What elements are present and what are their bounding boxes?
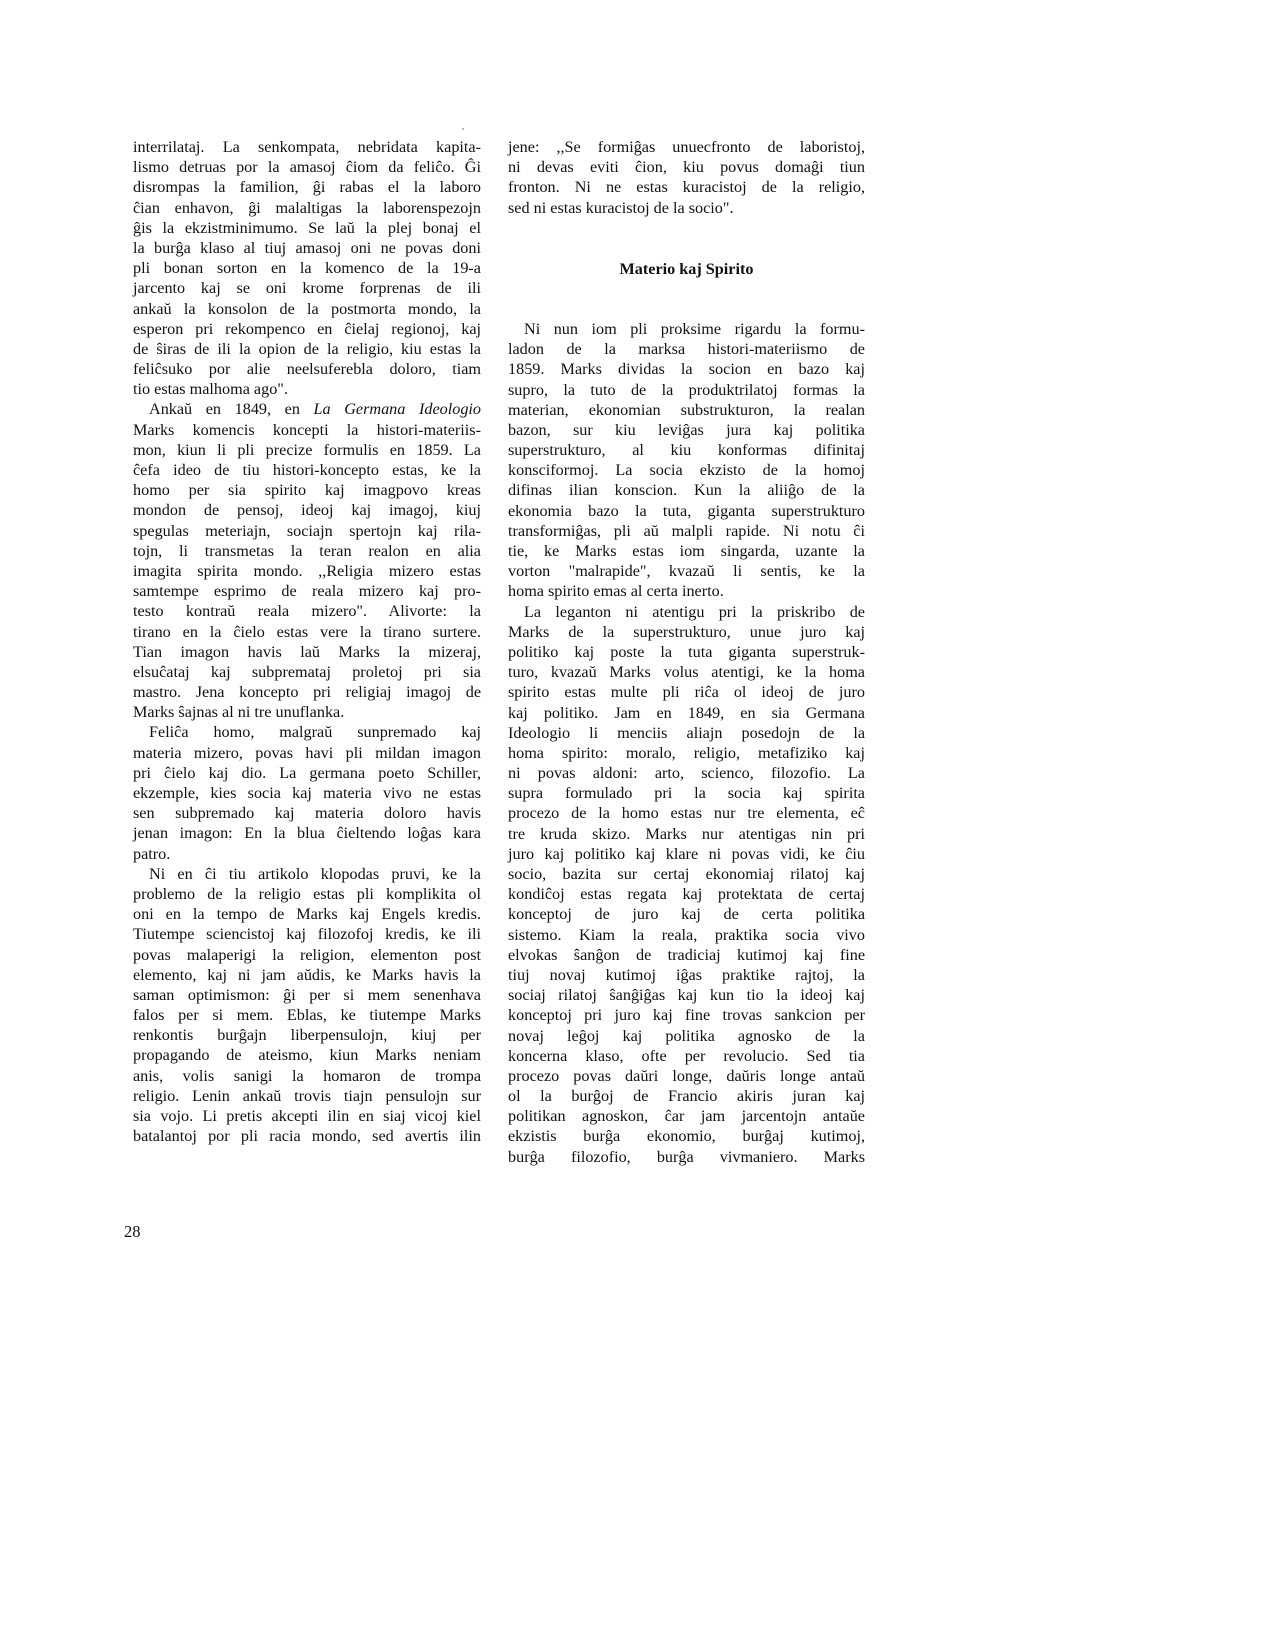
line-text: Tian imagon havis laŭ Marks la mizeraj, xyxy=(133,643,481,661)
line-text: Marks ŝajnas al ni tre unuflanka. xyxy=(133,703,344,721)
line-text: spirito estas multe pli riĉa ol ideoj de… xyxy=(508,683,865,701)
line-text: kaj politiko. Jam en 1849, en sia German… xyxy=(508,704,865,722)
page-number: 28 xyxy=(124,1222,141,1242)
text-line: transformiĝas, pli aŭ malpli rapide. Ni … xyxy=(508,521,865,541)
line-text: homa spirito emas al certa inerto. xyxy=(508,582,724,600)
line-text: samtempe esprimo de reala mizero kaj pro… xyxy=(133,582,481,600)
line-text: politiko kaj poste la tuta giganta super… xyxy=(508,643,865,661)
text-line: elsuĉataj kaj subpremataj proletoj pri s… xyxy=(133,662,481,682)
line-text: interrilataj. La senkompata, nebridata k… xyxy=(133,138,481,156)
text-line: burĝa filozofio, burĝa vivmaniero. Marks xyxy=(508,1147,865,1167)
text-line: Marks komencis koncepti la histori-mater… xyxy=(133,420,481,440)
line-text: Ankaŭ en 1849, en xyxy=(149,400,314,418)
text-line: sen subpremado kaj materia doloro havis xyxy=(133,803,481,823)
text-line: disrompas la familion, ĝi rabas el la la… xyxy=(133,177,481,197)
line-text: sia vojo. Li pretis akcepti ilin en siaj… xyxy=(133,1107,481,1125)
line-text: spegulas meteriajn, sociajn spertojn kaj… xyxy=(133,522,481,540)
text-line: politiko kaj poste la tuta giganta super… xyxy=(508,642,865,662)
text-line: ladon de la marksa histori-materiismo de xyxy=(508,339,865,359)
line-text: anis, volis sanigi la homaron de trompa xyxy=(133,1067,481,1085)
text-line: ĝis la ekzistminimumo. Se laŭ la plej bo… xyxy=(133,218,481,238)
text-line: homa spirito emas al certa inerto. xyxy=(508,581,865,601)
line-text: ĝis la ekzistminimumo. Se laŭ la plej bo… xyxy=(133,219,481,237)
text-line: ni povas aldoni: arto, scienco, filozofi… xyxy=(508,763,865,783)
line-text: jenan imagon: En la blua ĉieltendo loĝas… xyxy=(133,824,481,842)
line-text: pli bonan sorton en la komenco de la 19-… xyxy=(133,259,481,277)
text-line: patro. xyxy=(133,844,481,864)
line-text: pri ĉielo kaj dio. La germana poeto Schi… xyxy=(133,764,481,782)
text-line: pli bonan sorton en la komenco de la 19-… xyxy=(133,258,481,278)
line-text: procezo povas daŭri longe, daŭris longe … xyxy=(508,1067,865,1085)
line-text: patro. xyxy=(133,845,170,863)
text-line: ol la burĝoj de Francio akiris juran kaj xyxy=(508,1086,865,1106)
text-line: tiuj novaj kutimoj iĝas praktike rajtoj,… xyxy=(508,965,865,985)
text-line: imagita spirita mondo. ,,Religia mizero … xyxy=(133,561,481,581)
line-text: procezo de la homo estas nur tre element… xyxy=(508,804,865,822)
left-column: interrilataj. La senkompata, nebridata k… xyxy=(133,137,481,1146)
text-line: spirito estas multe pli riĉa ol ideoj de… xyxy=(508,682,865,702)
text-line: juro kaj politiko kaj klare ni povas vid… xyxy=(508,844,865,864)
text-line: procezo povas daŭri longe, daŭris longe … xyxy=(508,1066,865,1086)
text-line: anis, volis sanigi la homaron de trompa xyxy=(133,1066,481,1086)
text-line: homa spirito: moralo, religio, metafizik… xyxy=(508,743,865,763)
line-text: mon, kiun li pli precize formulis en 185… xyxy=(133,441,481,459)
line-text: difinas ilian konscion. Kun la aliiĝo de… xyxy=(508,481,865,499)
line-text: propagando de ateismo, kiun Marks neniam xyxy=(133,1046,481,1064)
line-text: konceptoj de juro kaj de certa politika xyxy=(508,905,865,923)
document-page: interrilataj. La senkompata, nebridata k… xyxy=(0,0,1275,1650)
line-text: novaj leĝoj kaj politika agnosko de la xyxy=(508,1027,865,1045)
text-line: Tian imagon havis laŭ Marks la mizeraj, xyxy=(133,642,481,662)
text-line: homo per sia spirito kaj imagpovo kreas xyxy=(133,480,481,500)
text-line: povas malaperigi la religion, elementon … xyxy=(133,945,481,965)
line-text: koncerna klaso, ofte per revolucio. Sed … xyxy=(508,1047,865,1065)
text-line: elemento, kaj ni jam aŭdis, ke Marks hav… xyxy=(133,965,481,985)
text-line: materian, ekonomian substrukturon, la re… xyxy=(508,400,865,420)
text-line: esperon pri rekompenco en ĉielaj regiono… xyxy=(133,319,481,339)
line-text: Ni nun iom pli proksime rigardu la formu… xyxy=(524,320,865,338)
line-text: mastro. Jena koncepto pri religiaj imago… xyxy=(133,683,481,701)
line-text: ni devas eviti ĉion, kiu povus domaĝi ti… xyxy=(508,158,865,176)
line-text: materian, ekonomian substrukturon, la re… xyxy=(508,401,865,419)
right-column: jene: ,,Se formiĝas unuecfronto de labor… xyxy=(508,137,865,1167)
text-line: pri ĉielo kaj dio. La germana poeto Schi… xyxy=(133,763,481,783)
text-line: ankaŭ la konsolon de la postmorta mondo,… xyxy=(133,299,481,319)
line-text: Feliĉa homo, malgraŭ sunpremado kaj xyxy=(149,723,481,741)
line-text: ol la burĝoj de Francio akiris juran kaj xyxy=(508,1087,865,1105)
text-line: Tiutempe sciencistoj kaj filozofoj kredi… xyxy=(133,924,481,944)
line-text: supra formulado pri la socia kaj spirita xyxy=(508,784,865,802)
text-line: turo, kvazaŭ Marks volus atentigi, ke la… xyxy=(508,662,865,682)
text-line: jene: ,,Se formiĝas unuecfronto de labor… xyxy=(508,137,865,157)
line-text: ankaŭ la konsolon de la postmorta mondo,… xyxy=(133,300,481,318)
line-text: religio. Lenin ankaŭ trovis tiajn pensul… xyxy=(133,1087,481,1105)
text-line: mondon de pensoj, ideoj kaj imagoj, kiuj xyxy=(133,500,481,520)
line-text: vorton "malrapide", kvazaŭ li sentis, ke… xyxy=(508,562,865,580)
line-text: sociaj rilatoj ŝanĝiĝas kaj kun tio la i… xyxy=(508,986,865,1004)
text-line: mastro. Jena koncepto pri religiaj imago… xyxy=(133,682,481,702)
text-line: feliĉsuko por alie neelsuferebla doloro,… xyxy=(133,359,481,379)
line-text: homo per sia spirito kaj imagpovo kreas xyxy=(133,481,481,499)
line-text: de ŝiras de ili la opion de la religio, … xyxy=(133,340,481,358)
line-text: fronton. Ni ne estas kuracistoj de la re… xyxy=(508,178,865,196)
line-text: ekzistis burĝa ekonomio, burĝaj kutimoj, xyxy=(508,1127,865,1145)
line-text: politikan agnoskon, ĉar jam jarcentojn a… xyxy=(508,1107,865,1125)
right-column-intro: jene: ,,Se formiĝas unuecfronto de labor… xyxy=(508,137,865,218)
text-line: difinas ilian konscion. Kun la aliiĝo de… xyxy=(508,480,865,500)
text-line: Ni en ĉi tiu artikolo klopodas pruvi, ke… xyxy=(133,864,481,884)
line-text: turo, kvazaŭ Marks volus atentigi, ke la… xyxy=(508,663,865,681)
line-text: oni en la tempo de Marks kaj Engels kred… xyxy=(133,905,481,923)
line-text: jarcento kaj se oni krome forprenas de i… xyxy=(133,279,481,297)
text-line: novaj leĝoj kaj politika agnosko de la xyxy=(508,1026,865,1046)
line-text: tio estas malhoma ago". xyxy=(133,380,288,398)
text-line: supra formulado pri la socia kaj spirita xyxy=(508,783,865,803)
line-text: elsuĉataj kaj subpremataj proletoj pri s… xyxy=(133,663,481,681)
line-text: mondon de pensoj, ideoj kaj imagoj, kiuj xyxy=(133,501,481,519)
text-line: problemo de la religio estas pli komplik… xyxy=(133,884,481,904)
text-line: Ideologio li menciis aliajn posedojn de … xyxy=(508,723,865,743)
line-text: Marks de la superstrukturo, unue juro ka… xyxy=(508,623,865,641)
line-text: bazon, sur kiu leviĝas jura kaj politika xyxy=(508,421,865,439)
text-line: sed ni estas kuracistoj de la socio". xyxy=(508,198,865,218)
text-line: Marks ŝajnas al ni tre unuflanka. xyxy=(133,702,481,722)
text-line: 1859. Marks dividas la socion en bazo ka… xyxy=(508,359,865,379)
line-text: elemento, kaj ni jam aŭdis, ke Marks hav… xyxy=(133,966,481,984)
text-line: jenan imagon: En la blua ĉieltendo loĝas… xyxy=(133,823,481,843)
text-line: batalantoj por pli racia mondo, sed aver… xyxy=(133,1126,481,1146)
text-line: konsciformoj. La socia ekzisto de la hom… xyxy=(508,460,865,480)
line-text: lismo detruas por la amasoj ĉiom da feli… xyxy=(133,158,481,176)
line-text: kondiĉoj estas regata kaj protektata de … xyxy=(508,885,865,903)
line-text: ekonomia bazo la tuta, giganta superstru… xyxy=(508,502,865,520)
line-text: 1859. Marks dividas la socion en bazo ka… xyxy=(508,360,865,378)
line-text: tie, ke Marks estas iom singarda, uzante… xyxy=(508,542,865,560)
text-line: superstrukturo, al kiu konformas difinit… xyxy=(508,440,865,460)
line-text: jene: ,,Se formiĝas unuecfronto de labor… xyxy=(508,138,865,156)
text-line: Feliĉa homo, malgraŭ sunpremado kaj xyxy=(133,722,481,742)
line-text: ĉefa ideo de tiu histori-koncepto estas,… xyxy=(133,461,481,479)
text-line: de ŝiras de ili la opion de la religio, … xyxy=(133,339,481,359)
line-text: Tiutempe sciencistoj kaj filozofoj kredi… xyxy=(133,925,481,943)
text-line: koncerna klaso, ofte per revolucio. Sed … xyxy=(508,1046,865,1066)
line-text: imagita spirita mondo. ,,Religia mizero … xyxy=(133,562,481,580)
line-text: saman optimismon: ĝi per si mem senenhav… xyxy=(133,986,481,1004)
line-text: sistemo. Kiam la reala, praktika socia v… xyxy=(508,926,865,944)
line-text: konsciformoj. La socia ekzisto de la hom… xyxy=(508,461,865,479)
text-line: kondiĉoj estas regata kaj protektata de … xyxy=(508,884,865,904)
line-text: Ideologio li menciis aliajn posedojn de … xyxy=(508,724,865,742)
line-text: juro kaj politiko kaj klare ni povas vid… xyxy=(508,845,865,863)
text-line: testo kontraŭ reala mizero". Alivorte: l… xyxy=(133,601,481,621)
line-text: ladon de la marksa histori-materiismo de xyxy=(508,340,865,358)
line-text: sed ni estas kuracistoj de la socio". xyxy=(508,199,734,217)
line-text: konceptoj pri juro kaj fine trovas sankc… xyxy=(508,1006,865,1024)
text-line: la burĝa klaso al tiuj amasoj oni ne pov… xyxy=(133,238,481,258)
line-text: homa spirito: moralo, religio, metafizik… xyxy=(508,744,865,762)
line-text: batalantoj por pli racia mondo, sed aver… xyxy=(133,1127,481,1145)
text-line: bazon, sur kiu leviĝas jura kaj politika xyxy=(508,420,865,440)
line-text: povas malaperigi la religion, elementon … xyxy=(133,946,481,964)
text-line: supro, la tuto de la produktrilatoj form… xyxy=(508,380,865,400)
line-text: Marks komencis koncepti la histori-mater… xyxy=(133,421,481,439)
line-text: tre kruda skizo. Marks nur atentigas nin… xyxy=(508,825,865,843)
scan-speck xyxy=(462,128,464,130)
line-text: sen subpremado kaj materia doloro havis xyxy=(133,804,481,822)
text-line: konceptoj de juro kaj de certa politika xyxy=(508,904,865,924)
line-text: burĝa filozofio, burĝa vivmaniero. Marks xyxy=(508,1148,865,1166)
line-text: ekzemple, kies socia kaj materia vivo ne… xyxy=(133,784,481,802)
text-line: ekonomia bazo la tuta, giganta superstru… xyxy=(508,501,865,521)
text-line: religio. Lenin ankaŭ trovis tiajn pensul… xyxy=(133,1086,481,1106)
text-line: konceptoj pri juro kaj fine trovas sankc… xyxy=(508,1005,865,1025)
text-line: ni devas eviti ĉion, kiu povus domaĝi ti… xyxy=(508,157,865,177)
text-line: La leganton ni atentigu pri la priskribo… xyxy=(508,602,865,622)
line-text: tojn, li transmetas la teran realon en a… xyxy=(133,542,481,560)
line-text: socio, bazita sur certaj ekonomiaj rilat… xyxy=(508,865,865,883)
text-line: sociaj rilatoj ŝanĝiĝas kaj kun tio la i… xyxy=(508,985,865,1005)
text-line: tie, ke Marks estas iom singarda, uzante… xyxy=(508,541,865,561)
line-text: materia mizero, povas havi pli mildan im… xyxy=(133,744,481,762)
right-column-body: Ni nun iom pli proksime rigardu la formu… xyxy=(508,319,865,1167)
text-line: ĉian enhavon, ĝi malaltigas la laborensp… xyxy=(133,198,481,218)
book-title: La Germana Ideologio xyxy=(314,400,481,418)
text-line: Ni nun iom pli proksime rigardu la formu… xyxy=(508,319,865,339)
text-line: ĉefa ideo de tiu histori-koncepto estas,… xyxy=(133,460,481,480)
text-line: fronton. Ni ne estas kuracistoj de la re… xyxy=(508,177,865,197)
text-line: Ankaŭ en 1849, en La Germana Ideologio xyxy=(133,399,481,419)
line-text: falos per si mem. Eblas, ke tiutempe Mar… xyxy=(133,1006,481,1024)
text-line: propagando de ateismo, kiun Marks neniam xyxy=(133,1045,481,1065)
line-text: disrompas la familion, ĝi rabas el la la… xyxy=(133,178,481,196)
text-line: procezo de la homo estas nur tre element… xyxy=(508,803,865,823)
line-text: tirano en la ĉielo estas vere la tirano … xyxy=(133,623,481,641)
text-line: falos per si mem. Eblas, ke tiutempe Mar… xyxy=(133,1005,481,1025)
text-line: tojn, li transmetas la teran realon en a… xyxy=(133,541,481,561)
text-line: oni en la tempo de Marks kaj Engels kred… xyxy=(133,904,481,924)
line-text: testo kontraŭ reala mizero". Alivorte: l… xyxy=(133,602,481,620)
section-heading: Materio kaj Spirito xyxy=(508,259,865,279)
line-text: la burĝa klaso al tiuj amasoj oni ne pov… xyxy=(133,239,481,257)
line-text: superstrukturo, al kiu konformas difinit… xyxy=(508,441,865,459)
text-line: Marks de la superstrukturo, unue juro ka… xyxy=(508,622,865,642)
line-text: ni povas aldoni: arto, scienco, filozofi… xyxy=(508,764,865,782)
text-line: spegulas meteriajn, sociajn spertojn kaj… xyxy=(133,521,481,541)
text-line: interrilataj. La senkompata, nebridata k… xyxy=(133,137,481,157)
text-line: mon, kiun li pli precize formulis en 185… xyxy=(133,440,481,460)
line-text: tiuj novaj kutimoj iĝas praktike rajtoj,… xyxy=(508,966,865,984)
text-line: tio estas malhoma ago". xyxy=(133,379,481,399)
text-line: sia vojo. Li pretis akcepti ilin en siaj… xyxy=(133,1106,481,1126)
line-text: supro, la tuto de la produktrilatoj form… xyxy=(508,381,865,399)
text-line: saman optimismon: ĝi per si mem senenhav… xyxy=(133,985,481,1005)
text-line: elvokas ŝanĝon de tradiciaj kutimoj kaj … xyxy=(508,945,865,965)
text-line: lismo detruas por la amasoj ĉiom da feli… xyxy=(133,157,481,177)
text-line: materia mizero, povas havi pli mildan im… xyxy=(133,743,481,763)
text-line: ekzemple, kies socia kaj materia vivo ne… xyxy=(133,783,481,803)
line-text: La leganton ni atentigu pri la priskribo… xyxy=(524,603,865,621)
text-line: renkontis burĝajn liberpensulojn, kiuj p… xyxy=(133,1025,481,1045)
text-line: politikan agnoskon, ĉar jam jarcentojn a… xyxy=(508,1106,865,1126)
line-text: elvokas ŝanĝon de tradiciaj kutimoj kaj … xyxy=(508,946,865,964)
text-line: tirano en la ĉielo estas vere la tirano … xyxy=(133,622,481,642)
line-text: Ni en ĉi tiu artikolo klopodas pruvi, ke… xyxy=(149,865,481,883)
text-line: ekzistis burĝa ekonomio, burĝaj kutimoj, xyxy=(508,1126,865,1146)
text-line: jarcento kaj se oni krome forprenas de i… xyxy=(133,278,481,298)
text-line: samtempe esprimo de reala mizero kaj pro… xyxy=(133,581,481,601)
line-text: transformiĝas, pli aŭ malpli rapide. Ni … xyxy=(508,522,865,540)
text-line: tre kruda skizo. Marks nur atentigas nin… xyxy=(508,824,865,844)
text-line: socio, bazita sur certaj ekonomiaj rilat… xyxy=(508,864,865,884)
line-text: problemo de la religio estas pli komplik… xyxy=(133,885,481,903)
line-text: ĉian enhavon, ĝi malaltigas la laborensp… xyxy=(133,199,481,217)
text-line: vorton "malrapide", kvazaŭ li sentis, ke… xyxy=(508,561,865,581)
line-text: feliĉsuko por alie neelsuferebla doloro,… xyxy=(133,360,481,378)
text-line: kaj politiko. Jam en 1849, en sia German… xyxy=(508,703,865,723)
line-text: esperon pri rekompenco en ĉielaj regiono… xyxy=(133,320,481,338)
text-line: sistemo. Kiam la reala, praktika socia v… xyxy=(508,925,865,945)
line-text: renkontis burĝajn liberpensulojn, kiuj p… xyxy=(133,1026,481,1044)
